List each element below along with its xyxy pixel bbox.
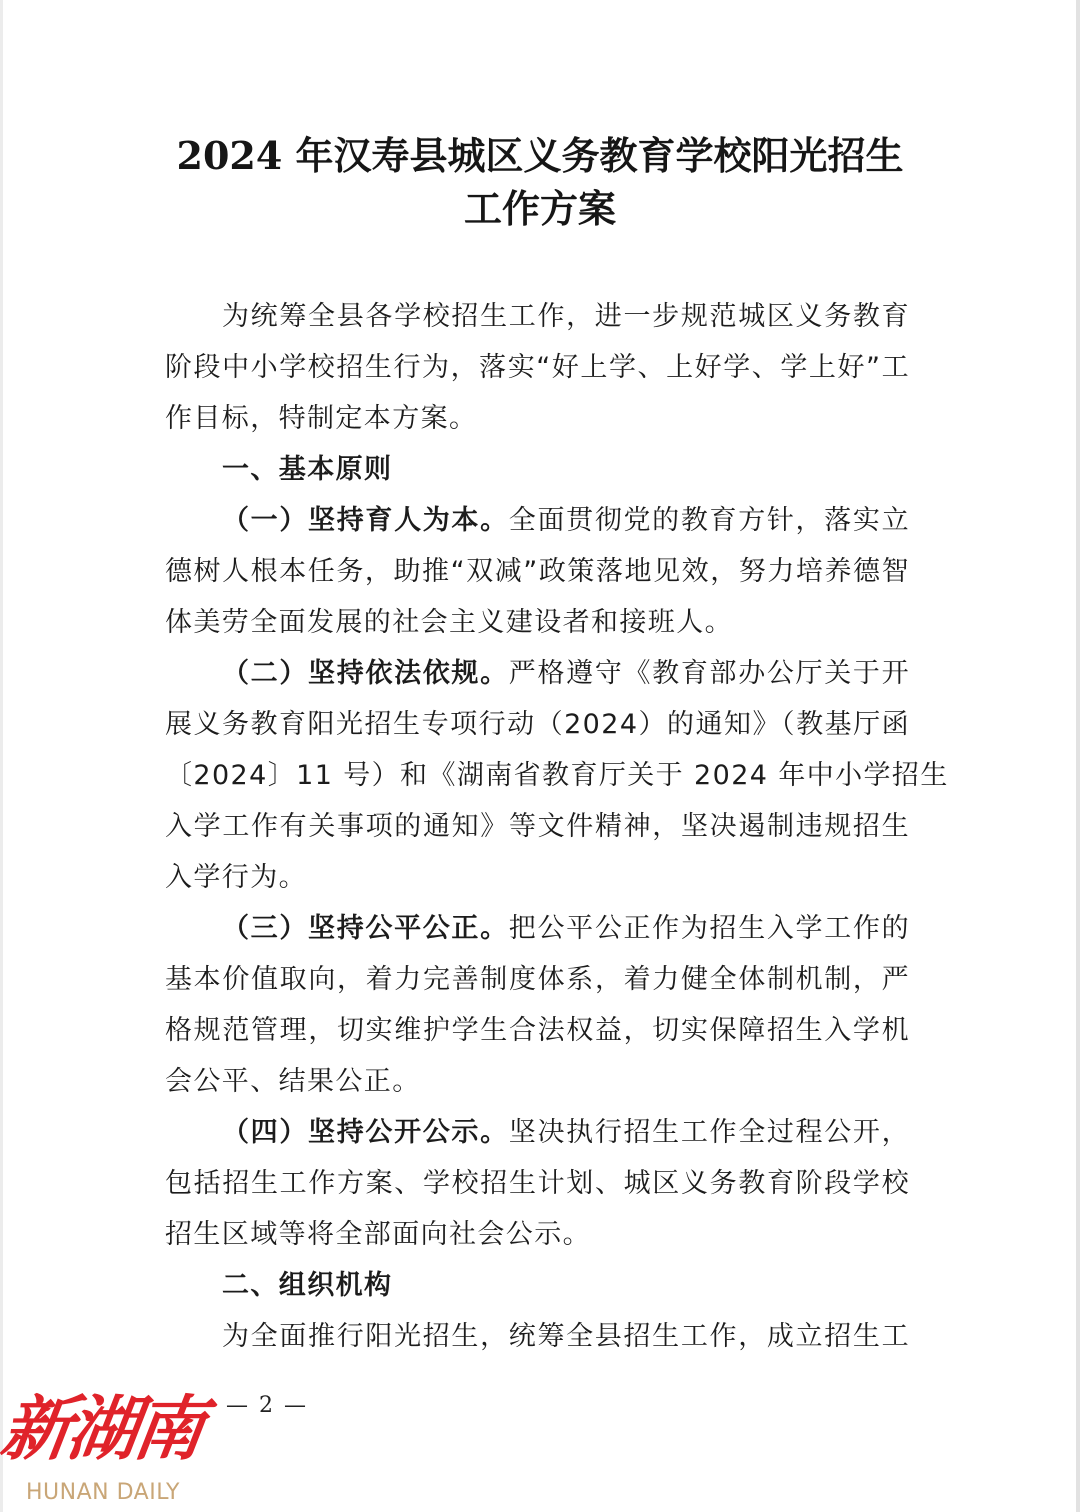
line-text: 为统筹全县各学校招生工作，进一步规范城区义务教育	[222, 301, 910, 332]
paragraph-line: 为全面推行阳光招生，统筹全县招生工作，成立招生工	[165, 1311, 910, 1362]
line-text: 基本价值取向，着力完善制度体系，着力健全体制机制，严	[165, 964, 910, 995]
line-text: 展义务教育阳光招生专项行动（2024）的通知》（教基厅函	[165, 709, 910, 740]
line-text: 入学工作有关事项的通知》等文件精神，坚决遏制违规招生	[165, 811, 910, 842]
paragraph-line: 格规范管理，切实维护学生合法权益，切实保障招生入学机	[165, 1005, 910, 1056]
paragraph-line: 为统筹全县各学校招生工作，进一步规范城区义务教育	[165, 291, 910, 342]
paragraph-line: （四）坚持公开公示。坚决执行招生工作全过程公开，	[165, 1107, 910, 1158]
line-text: 为全面推行阳光招生，统筹全县招生工作，成立招生工	[222, 1321, 910, 1352]
paragraph-line: 招生区域等将全部面向社会公示。	[165, 1209, 910, 1260]
document-title-line-1: 2024 年汉寿县城区义务教育学校阳光招生	[0, 130, 1080, 182]
section-heading: 二、组织机构	[165, 1260, 910, 1311]
hunan-daily-watermark-logo: 新湖南 HUNAN DAILY	[2, 1384, 222, 1512]
line-text: 把公平公正作为招生入学工作的	[509, 913, 910, 944]
principle-title: （一）坚持育人为本。	[222, 505, 509, 536]
document-title-line-2: 工作方案	[0, 183, 1080, 235]
line-text: 一、基本原则	[222, 454, 392, 485]
section-heading: 一、基本原则	[165, 444, 910, 495]
paragraph-line: （二）坚持依法依规。严格遵守《教育部办公厅关于开	[165, 648, 910, 699]
line-text: 全面贯彻党的教育方针，落实立	[509, 505, 910, 536]
document-body: 为统筹全县各学校招生工作，进一步规范城区义务教育阶段中小学校招生行为，落实“好上…	[165, 291, 910, 1362]
line-text: 严格遵守《教育部办公厅关于开	[509, 658, 910, 689]
paragraph-line: 入学行为。	[165, 852, 910, 903]
paragraph-line: 体美劳全面发展的社会主义建设者和接班人。	[165, 597, 910, 648]
paragraph-line: 入学工作有关事项的通知》等文件精神，坚决遏制违规招生	[165, 801, 910, 852]
logo-english-text: HUNAN DAILY	[26, 1480, 180, 1505]
paragraph-line: （一）坚持育人为本。全面贯彻党的教育方针，落实立	[165, 495, 910, 546]
line-text: 格规范管理，切实维护学生合法权益，切实保障招生入学机	[165, 1015, 910, 1046]
page-number: — 2 —	[226, 1393, 308, 1418]
paragraph-line: 阶段中小学校招生行为，落实“好上学、上好学、学上好”工	[165, 342, 910, 393]
line-text: 招生区域等将全部面向社会公示。	[165, 1219, 591, 1250]
paragraph-line: （三）坚持公平公正。把公平公正作为招生入学工作的	[165, 903, 910, 954]
paragraph-line: 包括招生工作方案、学校招生计划、城区义务教育阶段学校	[165, 1158, 910, 1209]
principle-title: （二）坚持依法依规。	[222, 658, 509, 689]
line-text: 二、组织机构	[222, 1270, 392, 1301]
logo-chinese-text: 新湖南	[0, 1384, 206, 1474]
line-text: 坚决执行招生工作全过程公开，	[509, 1117, 910, 1148]
paragraph-line: 作目标，特制定本方案。	[165, 393, 910, 444]
paragraph-line: 〔2024〕11 号）和《湖南省教育厅关于 2024 年中小学招生	[165, 750, 910, 801]
line-text: 包括招生工作方案、学校招生计划、城区义务教育阶段学校	[165, 1168, 910, 1199]
paragraph-line: 德树人根本任务，助推“双减”政策落地见效，努力培养德智	[165, 546, 910, 597]
line-text: 体美劳全面发展的社会主义建设者和接班人。	[165, 607, 733, 638]
paragraph-line: 会公平、结果公正。	[165, 1056, 910, 1107]
line-text: 〔2024〕11 号）和《湖南省教育厅关于 2024 年中小学招生	[165, 760, 949, 791]
paragraph-line: 展义务教育阳光招生专项行动（2024）的通知》（教基厅函	[165, 699, 910, 750]
line-text: 作目标，特制定本方案。	[165, 403, 477, 434]
line-text: 德树人根本任务，助推“双减”政策落地见效，努力培养德智	[165, 556, 910, 587]
line-text: 入学行为。	[165, 862, 307, 893]
line-text: 阶段中小学校招生行为，落实“好上学、上好学、学上好”工	[165, 352, 910, 383]
paragraph-line: 基本价值取向，着力完善制度体系，着力健全体制机制，严	[165, 954, 910, 1005]
principle-title: （四）坚持公开公示。	[222, 1117, 509, 1148]
principle-title: （三）坚持公平公正。	[222, 913, 509, 944]
line-text: 会公平、结果公正。	[165, 1066, 421, 1097]
